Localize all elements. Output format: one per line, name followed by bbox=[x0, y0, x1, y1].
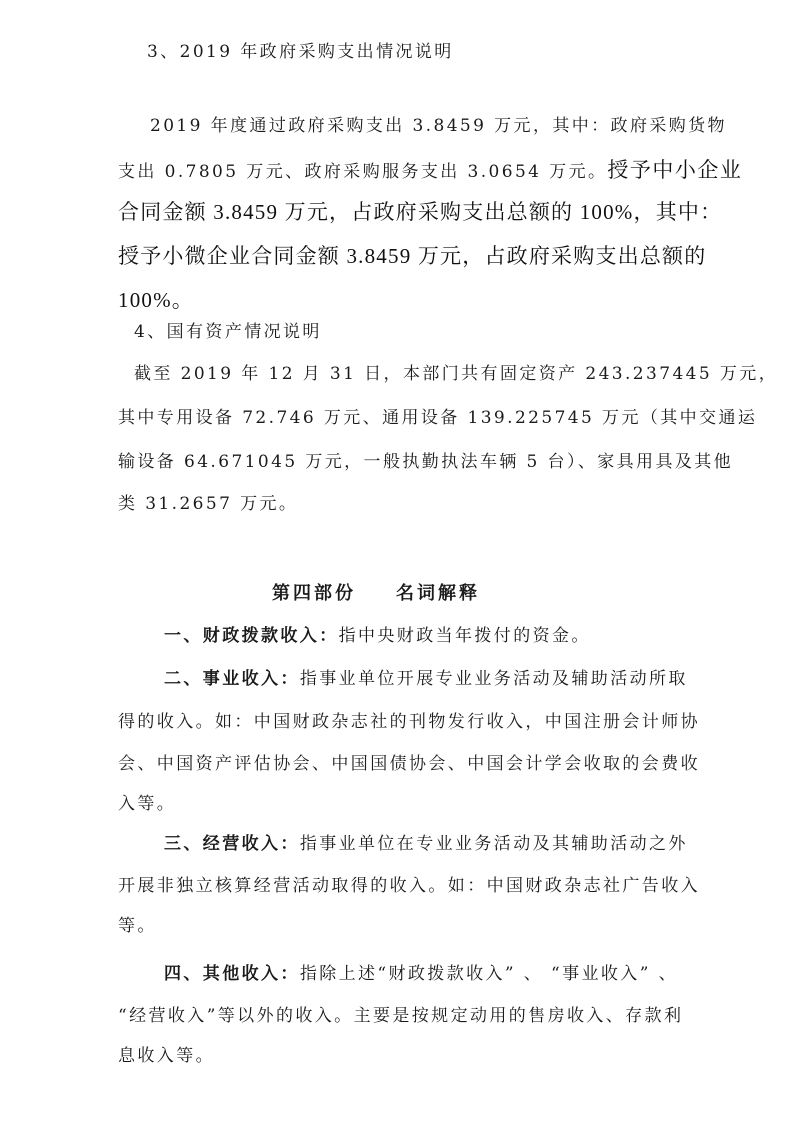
definition-term-1: 一、财政拨款收入： bbox=[164, 626, 339, 646]
section-3-line-2a: 支出 0.7805 万元、政府采购服务支出 3.0654 万元。 bbox=[118, 162, 607, 182]
section-4-line-4: 类 31.2657 万元。 bbox=[118, 492, 298, 516]
definition-item-4: 四、其他收入：指除上述“财政拨款收入” 、 “事业收入” 、 bbox=[164, 962, 678, 986]
definition-text-3-line-1: 指事业单位在专业业务活动及其辅助活动之外 bbox=[300, 834, 688, 854]
definition-term-2: 二、事业收入： bbox=[164, 669, 300, 689]
section-3-line-1: 2019 年度通过政府采购支出 3.8459 万元，其中：政府采购货物 bbox=[150, 114, 727, 138]
document-page: 3、2019 年政府采购支出情况说明 2019 年度通过政府采购支出 3.845… bbox=[0, 0, 793, 1122]
part-4-title: 第四部份名词解释 bbox=[272, 582, 480, 606]
section-3-line-2: 支出 0.7805 万元、政府采购服务支出 3.0654 万元。授予中小企业 bbox=[118, 158, 742, 184]
definition-text-2-line-2: 得的收入。如：中国财政杂志社的刊物发行收入，中国注册会计师协 bbox=[118, 710, 700, 734]
section-3-heading: 3、2019 年政府采购支出情况说明 bbox=[147, 40, 454, 64]
part-4-title-a: 第四部份 bbox=[272, 583, 356, 604]
part-4-title-b: 名词解释 bbox=[396, 583, 480, 604]
definition-text-2-line-4: 入等。 bbox=[118, 792, 176, 816]
definition-term-4: 四、其他收入： bbox=[164, 964, 300, 984]
definition-text-2-line-3: 会、中国资产评估协会、中国国债协会、中国会计学会收取的会费收 bbox=[118, 752, 700, 776]
definition-item-1: 一、财政拨款收入：指中央财政当年拨付的资金。 bbox=[164, 624, 591, 648]
definition-text-3-line-2: 开展非独立核算经营活动取得的收入。如：中国财政杂志社广告收入 bbox=[118, 874, 700, 898]
definition-item-2: 二、事业收入：指事业单位开展专业业务活动及辅助活动所取 bbox=[164, 667, 688, 691]
definition-text-4-line-1: 指除上述“财政拨款收入” 、 “事业收入” 、 bbox=[300, 964, 678, 984]
definition-text-4-line-2: “经营收入”等以外的收入。主要是按规定动用的售房收入、存款利 bbox=[118, 1004, 683, 1028]
definition-text-1: 指中央财政当年拨付的资金。 bbox=[339, 626, 591, 646]
section-3-line-3: 合同金额 3.8459 万元，占政府采购支出总额的 100%，其中： bbox=[118, 200, 722, 224]
section-4-line-2: 其中专用设备 72.746 万元、通用设备 139.225745 万元（其中交通… bbox=[118, 406, 757, 430]
section-4-line-1: 截至 2019 年 12 月 31 日，本部门共有固定资产 243.237445… bbox=[134, 362, 778, 386]
definition-text-3-line-3: 等。 bbox=[118, 914, 157, 938]
definition-text-4-line-3: 息收入等。 bbox=[118, 1044, 215, 1068]
section-4-line-3: 输设备 64.671045 万元，一般执勤执法车辆 5 台）、家具用具及其他 bbox=[118, 450, 733, 474]
section-4-heading: 4、国有资产情况说明 bbox=[134, 320, 322, 344]
section-3-line-2b: 授予中小企业 bbox=[607, 158, 742, 182]
definition-item-3: 三、经营收入：指事业单位在专业业务活动及其辅助活动之外 bbox=[164, 832, 688, 856]
section-3-line-5: 100%。 bbox=[118, 288, 194, 312]
definition-term-3: 三、经营收入： bbox=[164, 834, 300, 854]
definition-text-2-line-1: 指事业单位开展专业业务活动及辅助活动所取 bbox=[300, 669, 688, 689]
section-3-line-4: 授予小微企业合同金额 3.8459 万元，占政府采购支出总额的 bbox=[118, 244, 706, 268]
